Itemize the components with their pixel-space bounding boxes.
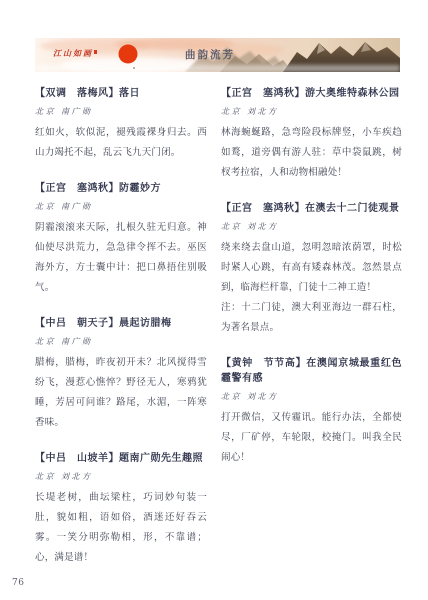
red-sun-icon (119, 45, 138, 64)
poem-byline: 北京 刘北方 (221, 221, 402, 233)
right-column: 【正宫 塞鸿秋】游大奥维特森林公园 北京 刘北方 林海蜿蜒路，急弯险段标牌竖，小… (221, 86, 402, 586)
poem-entry: 【双调 落梅风】落日 北京 南广勋 红如火，软似泥，褪残霞裸身归去。西山力竭托不… (35, 86, 207, 163)
poem-body: 长堤老树，曲坛梁柱，巧词妙句装一肚，貌如粗，语如俗，酒迷还好吞云雾。一笑分明弥勒… (35, 488, 207, 568)
poem-body: 林海蜿蜒路，急弯险段标牌竖，小车疾趋如鹜，道旁偶有游人驻：草中袋鼠跳，树杈考拉宿… (221, 123, 402, 183)
poem-entry: 【正宫 塞鸿秋】游大奥维特森林公园 北京 刘北方 林海蜿蜒路，急弯险段标牌竖，小… (221, 86, 402, 183)
poem-entry: 【正宫 塞鸿秋】在澳去十二门徒观景 北京 刘北方 绕来绕去盘山道，忽明忽暗浓荫罩… (221, 201, 402, 338)
poem-title: 【黄钟 节节高】在澳闻京城最重红色霾警有感 (221, 356, 402, 386)
page-number: 76 (12, 578, 24, 588)
poem-body: 打开微信，又传霾讯。能行办法，全都使尽，厂矿停，车轮限，校掩门。叫我全民闹心！ (221, 408, 402, 468)
poem-entry: 【黄钟 节节高】在澳闻京城最重红色霾警有感 北京 刘北方 打开微信，又传霾讯。能… (221, 356, 402, 468)
poem-entry: 【正宫 塞鸿秋】防霾妙方 北京 南广勋 阴霾滚滚来天际，扎根久驻无归意。神仙使尽… (35, 181, 207, 298)
poem-title: 【双调 落梅风】落日 (35, 86, 207, 101)
poem-byline: 北京 刘北方 (35, 471, 207, 483)
poem-byline: 北京 南广勋 (35, 336, 207, 348)
poem-title: 【正宫 塞鸿秋】在澳去十二门徒观景 (221, 201, 402, 216)
left-column: 【双调 落梅风】落日 北京 南广勋 红如火，软似泥，褪残霞裸身归去。西山力竭托不… (35, 86, 207, 586)
poem-body: 红如火，软似泥，褪残霞裸身归去。西山力竭托不起，乱云飞九天门闭。 (35, 123, 207, 163)
poem-title: 【正宫 塞鸿秋】防霾妙方 (35, 181, 207, 196)
poem-body: 绕来绕去盘山道，忽明忽暗浓荫罩，时松时紧人心跳，有高有矮森林茂。忽然景点到，临海… (221, 238, 402, 298)
calligraphy-title: 江山如画 (53, 48, 97, 59)
book-page: 江山如画 曲韵流芳 【双调 落梅风】落日 北京 南广勋 红如火，软似泥，褪残霞裸… (0, 0, 428, 600)
poem-byline: 北京 南广勋 (35, 201, 207, 213)
seal-icon (94, 50, 97, 54)
poem-byline: 北京 刘北方 (221, 106, 402, 118)
poem-byline: 北京 南广勋 (35, 106, 207, 118)
poem-body: 腊梅，腊梅，昨夜初开未？北风搅得雪纷飞，漫惹心憔悴？野径无人，寒鸦犹睡，芳居可问… (35, 353, 207, 433)
poem-entry: 【中吕 朝天子】晨起访腊梅 北京 南广勋 腊梅，腊梅，昨夜初开未？北风搅得雪纷飞… (35, 316, 207, 433)
page-content: 【双调 落梅风】落日 北京 南广勋 红如火，软似泥，褪残霞裸身归去。西山力竭托不… (35, 86, 402, 586)
poem-title: 【中吕 朝天子】晨起访腊梅 (35, 316, 207, 331)
poem-title: 【正宫 塞鸿秋】游大奥维特森林公园 (221, 86, 402, 101)
header-banner: 江山如画 曲韵流芳 (35, 38, 400, 72)
poem-entry: 【中吕 山坡羊】题南广勋先生趣照 北京 刘北方 长堤老树，曲坛梁柱，巧词妙句装一… (35, 451, 207, 568)
poem-body: 阴霾滚滚来天际，扎根久驻无归意。神仙使尽洪荒力，急急律令挥不去。巫医海外方，方士… (35, 218, 207, 298)
poem-byline: 北京 刘北方 (221, 391, 402, 403)
poem-title: 【中吕 山坡羊】题南广勋先生趣照 (35, 451, 207, 466)
poem-note: 注：十二门徒，澳大利亚海边一群石柱，为著名景点。 (221, 298, 402, 338)
banner-title: 曲韵流芳 (185, 47, 235, 62)
